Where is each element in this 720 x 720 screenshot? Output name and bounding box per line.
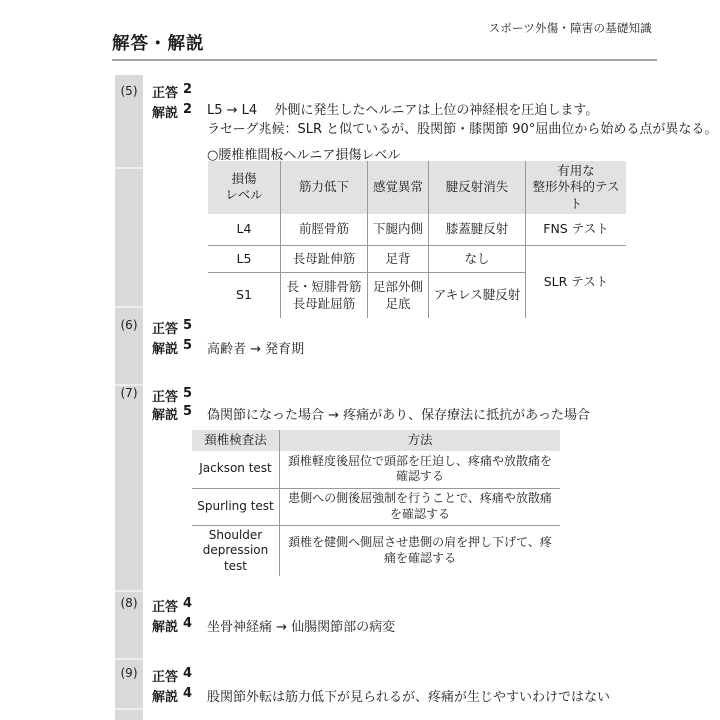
- cell-spurling-method: 患側への側後屈強制を行うことで、疼痛や放散痛を確認する: [280, 488, 561, 525]
- hernia-level-table: 損傷 レベル 筋力低下 感覚異常 腱反射消失 有用な 整形外科的テスト L4 前…: [208, 161, 626, 318]
- cell-s1-sensory: 足部外側 足底: [368, 273, 429, 318]
- band-separator: [115, 658, 143, 660]
- cervical-test-table: 頚椎検査法 方法 Jackson test 頚椎軽度後屈位で頭部を圧迫し、疼痛や…: [192, 430, 560, 576]
- cell-l4-reflex: 膝蓋腱反射: [429, 214, 526, 246]
- item9-explanation-label: 解説: [152, 686, 178, 705]
- table-row-spurling: Spurling test 患側への側後屈強制を行うことで、疼痛や放散痛を確認す…: [192, 488, 560, 525]
- item5-explanation-line1: L5 → L4 外側に発生したヘルニアは上位の神経根を圧迫します。: [207, 101, 717, 120]
- item7-explanation-label: 解説: [152, 404, 178, 423]
- header-injury-level: 損傷 レベル: [208, 161, 281, 214]
- item8-explanation-text: 坐骨神経痛 → 仙腸関節部の病変: [207, 616, 395, 635]
- header-useful-test-line1: 有用な: [529, 163, 623, 179]
- item9-explanation-text: 股関節外転は筋力低下が見られるが、疼痛が生じやすいわけではない: [207, 686, 610, 705]
- question-number-5: (5): [115, 84, 143, 98]
- band-separator: [115, 167, 143, 169]
- cell-l4-muscle: 前脛骨筋: [281, 214, 368, 246]
- item7-explanation-text: 偽関節になった場合 → 疼痛があり、保存療法に抵抗があった場合: [207, 404, 590, 423]
- header-cervical-test: 頚椎検査法: [192, 430, 280, 451]
- item5-explanation-value: 2: [183, 102, 192, 117]
- band-separator: [115, 590, 143, 592]
- table-row-l5: L5 長母趾伸筋 足背 なし SLR テスト: [208, 246, 626, 273]
- question-number-7: (7): [115, 386, 143, 400]
- question-number-6: (6): [115, 318, 143, 332]
- cell-shoulder-name-line2: depression test: [195, 543, 276, 574]
- question-number-8: (8): [115, 596, 143, 610]
- item9-explanation-value: 4: [183, 686, 192, 701]
- cell-s1-sensory-line1: 足部外側: [371, 279, 425, 295]
- header-reflex-loss: 腱反射消失: [429, 161, 526, 214]
- item6-explanation-label: 解説: [152, 338, 178, 357]
- band-separator: [115, 708, 143, 710]
- page-header-right: スポーツ外傷・障害の基礎知識: [489, 20, 652, 36]
- item5-answer-value: 2: [183, 82, 192, 97]
- question-number-9: (9): [115, 666, 143, 680]
- cell-shoulder-name: Shoulder depression test: [192, 525, 280, 576]
- item6-answer-label: 正答: [152, 318, 178, 337]
- header-useful-test-line2: 整形外科的テスト: [529, 179, 623, 212]
- cell-l4-level: L4: [208, 214, 281, 246]
- cell-l4-sensory: 下腿内側: [368, 214, 429, 246]
- cell-s1-muscle-line1: 長・短腓骨筋: [284, 279, 364, 295]
- item9-answer-value: 4: [183, 666, 192, 681]
- cell-s1-level: S1: [208, 273, 281, 318]
- cell-shoulder-name-line1: Shoulder: [195, 528, 276, 544]
- cell-s1-sensory-line2: 足底: [371, 296, 425, 312]
- item5-explanation-label: 解説: [152, 102, 178, 121]
- question-number-band: (5) (6) (7) (8) (9): [115, 75, 143, 720]
- cell-l5-level: L5: [208, 246, 281, 273]
- item7-answer-value: 5: [183, 386, 192, 401]
- table-row-jackson: Jackson test 頚椎軽度後屈位で頭部を圧迫し、疼痛や放散痛を確認する: [192, 451, 560, 488]
- item9-answer-label: 正答: [152, 666, 178, 685]
- cell-l4-test: FNS テスト: [526, 214, 627, 246]
- cell-spurling-name: Spurling test: [192, 488, 280, 525]
- item7-explanation-value: 5: [183, 404, 192, 419]
- item8-answer-value: 4: [183, 596, 192, 611]
- cell-slr-test-merged: SLR テスト: [526, 246, 627, 318]
- item6-answer-value: 5: [183, 318, 192, 333]
- item6-explanation-value: 5: [183, 338, 192, 353]
- table-row-shoulder-depression: Shoulder depression test 頚椎を健側へ側屈させ患側の肩を…: [192, 525, 560, 576]
- item8-explanation-value: 4: [183, 616, 192, 631]
- header-muscle-weakness: 筋力低下: [281, 161, 368, 214]
- table-row-l4: L4 前脛骨筋 下腿内側 膝蓋腱反射 FNS テスト: [208, 214, 626, 246]
- header-injury-level-line2: レベル: [211, 187, 277, 203]
- page-title: 解答・解説: [112, 30, 205, 55]
- item8-answer-label: 正答: [152, 596, 178, 615]
- cell-s1-muscle: 長・短腓骨筋 長母趾屈筋: [281, 273, 368, 318]
- cell-l5-sensory: 足背: [368, 246, 429, 273]
- band-separator: [115, 306, 143, 308]
- cell-jackson-method: 頚椎軽度後屈位で頭部を圧迫し、疼痛や放散痛を確認する: [280, 451, 561, 488]
- header-sensory-abnormality: 感覚異常: [368, 161, 429, 214]
- cell-s1-muscle-line2: 長母趾屈筋: [284, 296, 364, 312]
- cell-l5-reflex: なし: [429, 246, 526, 273]
- item5-explanation-text: L5 → L4 外側に発生したヘルニアは上位の神経根を圧迫します。 ラセーグ兆候…: [207, 101, 717, 139]
- item7-answer-label: 正答: [152, 386, 178, 405]
- header-injury-level-line1: 損傷: [211, 171, 277, 187]
- cell-jackson-name: Jackson test: [192, 451, 280, 488]
- item5-explanation-line2: ラセーグ兆候：SLR と似ているが、股関節・膝関節 90°屈曲位から始める点が異…: [207, 120, 717, 139]
- item8-explanation-label: 解説: [152, 616, 178, 635]
- item6-explanation-text: 高齢者 → 発育期: [207, 338, 304, 357]
- header-useful-test: 有用な 整形外科的テスト: [526, 161, 627, 214]
- title-rule: [112, 59, 657, 61]
- cell-shoulder-method: 頚椎を健側へ側屈させ患側の肩を押し下げて、疼痛を確認する: [280, 525, 561, 576]
- hernia-table-header-row: 損傷 レベル 筋力低下 感覚異常 腱反射消失 有用な 整形外科的テスト: [208, 161, 626, 214]
- cell-l5-muscle: 長母趾伸筋: [281, 246, 368, 273]
- item5-answer-label: 正答: [152, 82, 178, 101]
- document-page: スポーツ外傷・障害の基礎知識 解答・解説 (5) (6) (7) (8) (9)…: [0, 0, 720, 720]
- cell-s1-reflex: アキレス腱反射: [429, 273, 526, 318]
- header-method: 方法: [280, 430, 561, 451]
- cervical-table-header-row: 頚椎検査法 方法: [192, 430, 560, 451]
